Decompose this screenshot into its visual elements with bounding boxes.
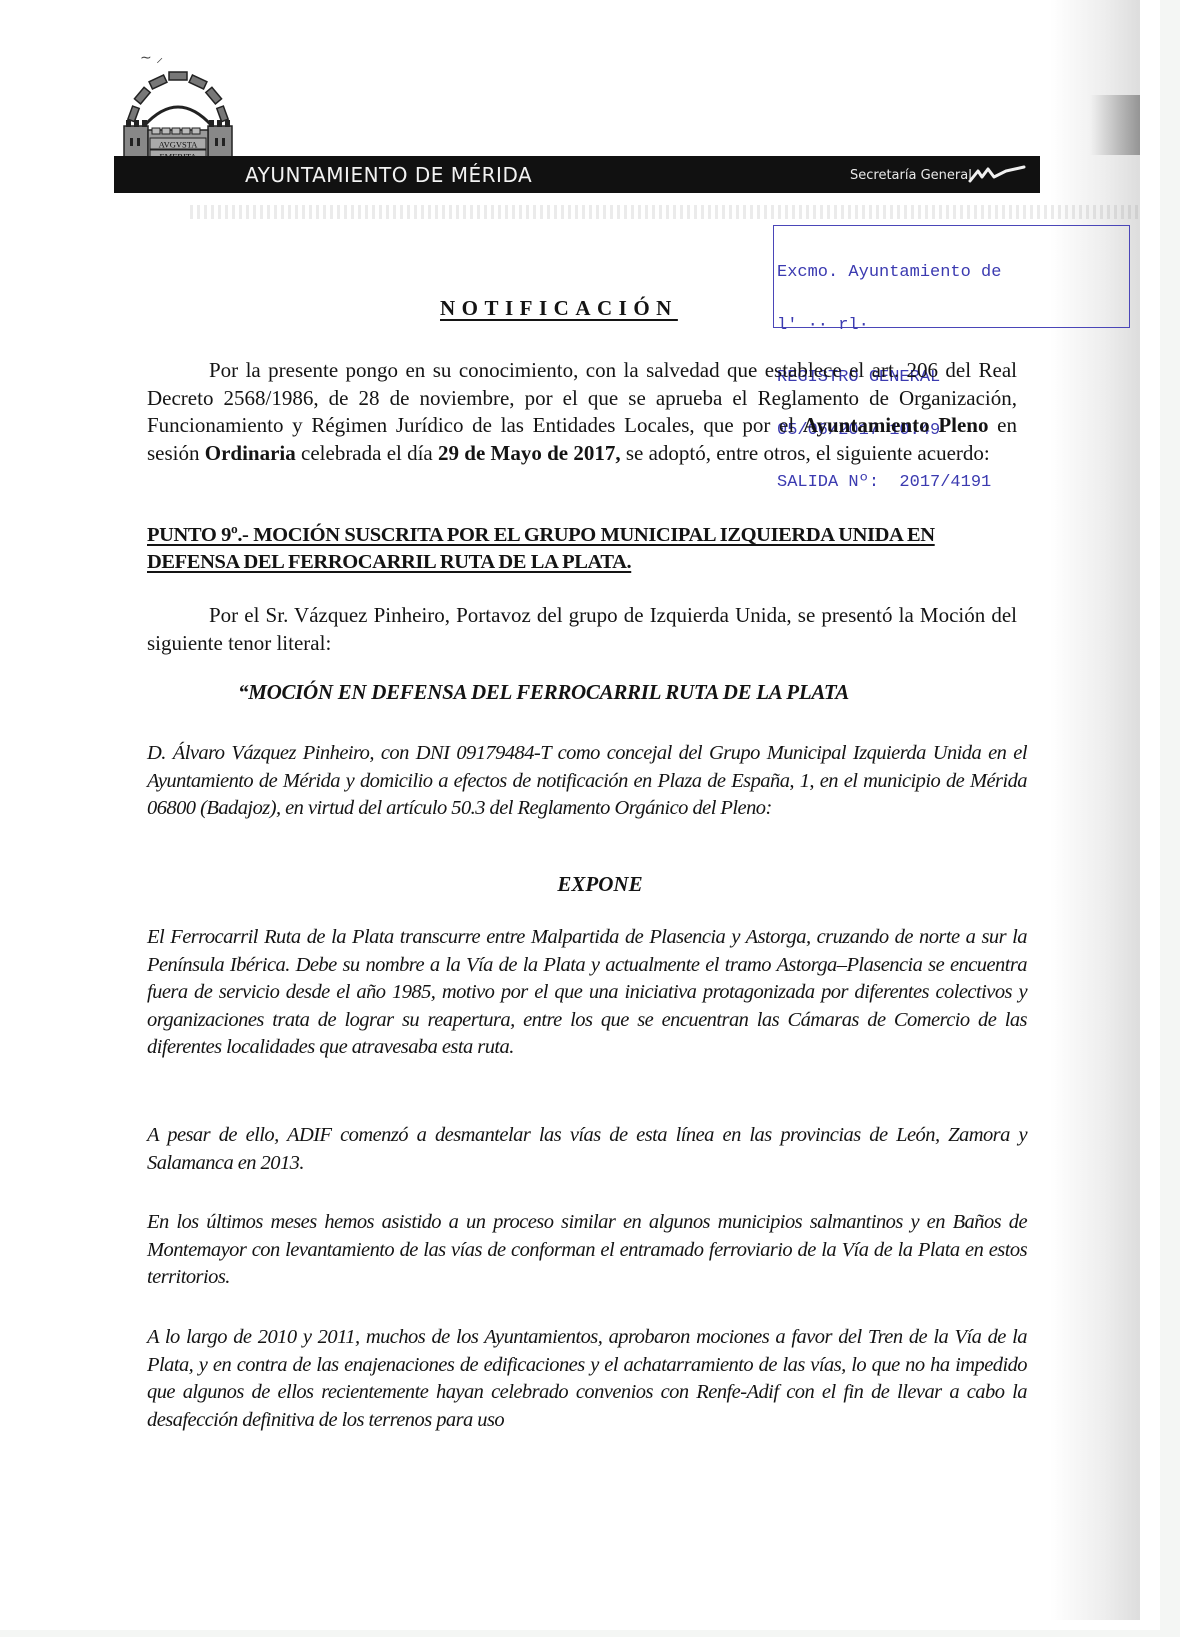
signature-mark-icon [966, 163, 1028, 185]
body-paragraph: En los últimos meses hemos asistido a un… [147, 1209, 1027, 1292]
intro-paragraph: Por la presente pongo en su conocimiento… [147, 357, 1017, 467]
expone-heading: EXPONE [0, 872, 1160, 897]
organization-name: AYUNTAMIENTO DE MÉRIDA [245, 160, 532, 190]
scan-artifact-band [190, 205, 1140, 219]
document-title: NOTIFICACIÓN [440, 296, 678, 321]
registry-stamp: Excmo. Ayuntamiento de l' ·· rl· REGISTR… [773, 225, 1130, 328]
stamp-line: Excmo. Ayuntamiento de [777, 264, 1129, 282]
body-paragraph: A lo largo de 2010 y 2011, muchos de los… [147, 1324, 1027, 1434]
stamp-line: SALIDA Nº: 2017/4191 [777, 474, 1129, 492]
motion-title: “MOCIÓN EN DEFENSA DEL FERROCARRIL RUTA … [238, 680, 849, 705]
scan-edge-band [1090, 95, 1140, 155]
proposer-paragraph: D. Álvaro Vázquez Pinheiro, con DNI 0917… [147, 740, 1027, 823]
logo-text-augusta: AVGVSTA [159, 140, 199, 150]
handwritten-mark: ∼ ⸝ [140, 48, 163, 67]
body-paragraph: El Ferrocarril Ruta de la Plata transcur… [147, 924, 1027, 1062]
body-paragraph: A pesar de ello, ADIF comenzó a desmante… [147, 1122, 1027, 1177]
presented-by-paragraph: Por el Sr. Vázquez Pinheiro, Portavoz de… [147, 602, 1017, 657]
document-page: ∼ ⸝ AVGVSTA EMERITA [0, 0, 1160, 1630]
agenda-point-heading: PUNTO 9º.- MOCIÓN SUSCRITA POR EL GRUPO … [147, 522, 1027, 576]
stamp-line: l' ·· rl· [777, 317, 1129, 335]
department-name: Secretaría General [850, 166, 972, 186]
